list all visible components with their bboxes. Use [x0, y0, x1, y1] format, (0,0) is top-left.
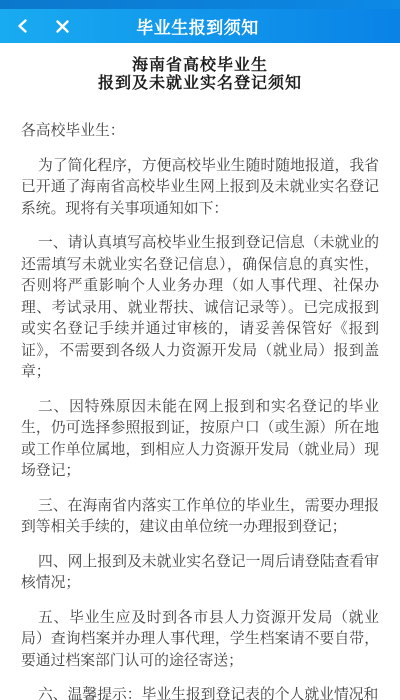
- app-screen: 毕业生报到须知 海南省高校毕业生 报到及未就业实名登记须知 各高校毕业生： 为了…: [0, 0, 400, 700]
- notice-scroll-area[interactable]: 海南省高校毕业生 报到及未就业实名登记须知 各高校毕业生： 为了简化程序，方便高…: [0, 43, 400, 700]
- notice-paragraphs: 为了简化程序，方便高校毕业生随时随地报道，我省已开通了海南省高校毕业生网上报到及…: [21, 156, 379, 700]
- doc-title: 海南省高校毕业生 报到及未就业实名登记须知: [21, 57, 379, 93]
- doc-title-line-2: 报到及未就业实名登记须知: [21, 75, 379, 93]
- back-button[interactable]: [8, 9, 38, 43]
- chevron-left-icon: [15, 18, 31, 34]
- close-icon: [55, 19, 70, 34]
- salutation: 各高校毕业生：: [21, 121, 379, 143]
- notice-paragraph: 四、网上报到及未就业实名登记一周后请登陆查看审核情况；: [21, 552, 379, 595]
- notice-paragraph: 一、请认真填写高校毕业生报到登记信息（未就业的还需填写未就业实名登记信息），确保…: [21, 233, 379, 384]
- notice-paragraph: 二、因特殊原因未能在网上报到和实名登记的毕业生，仍可选择参照报到证，按原户口（或…: [21, 397, 379, 483]
- status-bar: [0, 0, 400, 9]
- notice-paragraph: 五、毕业生应及时到各市县人力资源开发局（就业局）查询档案并办理人事代理，学生档案…: [21, 608, 379, 673]
- navbar-title: 毕业生报到须知: [136, 14, 258, 39]
- navbar: 毕业生报到须知: [0, 9, 400, 43]
- notice-paragraph: 六、温馨提示：毕业生报到登记表的个人就业情况和: [21, 685, 379, 700]
- notice-paragraph: 为了简化程序，方便高校毕业生随时随地报道，我省已开通了海南省高校毕业生网上报到及…: [21, 156, 379, 221]
- close-button[interactable]: [47, 9, 77, 43]
- notice-paragraph: 三、在海南省内落实工作单位的毕业生，需要办理报到等相关手续的，建议由单位统一办理…: [21, 496, 379, 539]
- doc-title-line-1: 海南省高校毕业生: [21, 57, 379, 75]
